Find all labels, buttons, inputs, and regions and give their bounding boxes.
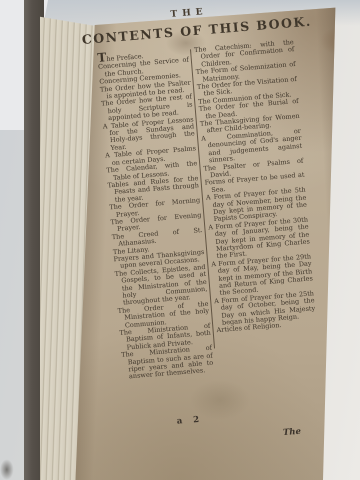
bottom-left-shadow <box>0 428 34 480</box>
contents-columns: The Preface. Concerning the Service of t… <box>97 39 325 382</box>
catchword: The <box>283 427 302 438</box>
toc-entry: The Ministration of Baptism to such as a… <box>121 345 214 382</box>
book-photo: THE CONTENTS OF THIS BOOK. The Preface. … <box>0 0 360 480</box>
page-content: THE CONTENTS OF THIS BOOK. The Preface. … <box>94 0 332 477</box>
signature-mark: a 2 <box>176 415 203 427</box>
page-stain <box>320 26 360 56</box>
